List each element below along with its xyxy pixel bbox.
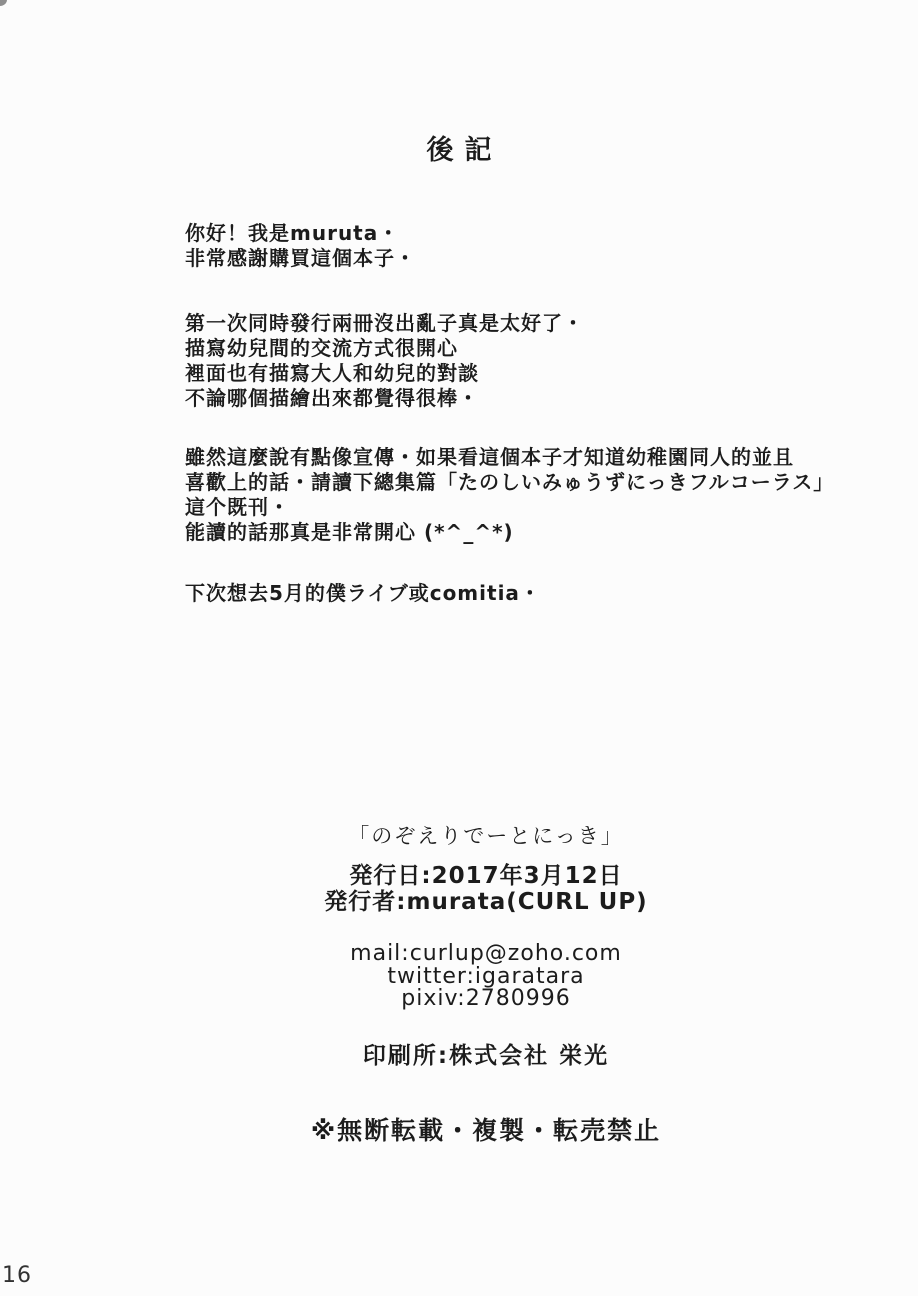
page-title: 後記 <box>0 128 918 167</box>
paragraph-release: 第一次同時發行兩冊沒出亂子真是太好了・ 描寫幼兒間的交流方式很開心 裡面也有描寫… <box>185 311 845 411</box>
paragraph-promotion: 雖然這麼說有點像宣傳・如果看這個本子才知道幼稚園同人的並且 喜歡上的話・請讀下總… <box>185 445 845 545</box>
colophon-printer: 印刷所:株式会社 栄光 <box>54 1037 918 1070</box>
paragraph-next-events: 下次想去5月的僕ライブ或comitia・ <box>185 581 845 606</box>
colophon-pixiv-id: pixiv:2780996 <box>54 986 918 1011</box>
scanned-afterword-page: 後記 你好！我是muruta・ 非常感謝購買這個本子・ 第一次同時發行兩冊沒出亂… <box>0 0 918 1296</box>
colophon-publisher: 発行者:murata(CURL UP) <box>54 883 918 916</box>
paragraph-greeting: 你好！我是muruta・ 非常感謝購買這個本子・ <box>185 221 845 271</box>
colophon-mail-address: mail:curlup@zoho.com <box>54 941 918 966</box>
colophon-book-title: 「のぞえりでーとにっき」 <box>54 820 918 850</box>
afterword-body: 你好！我是muruta・ 非常感謝購買這個本子・ 第一次同時發行兩冊沒出亂子真是… <box>185 196 845 631</box>
page-number: 16 <box>2 1263 32 1288</box>
copyright-notice: ※無断転載・複製・転売禁止 <box>54 1111 918 1147</box>
scan-artifact-speck <box>0 0 7 6</box>
